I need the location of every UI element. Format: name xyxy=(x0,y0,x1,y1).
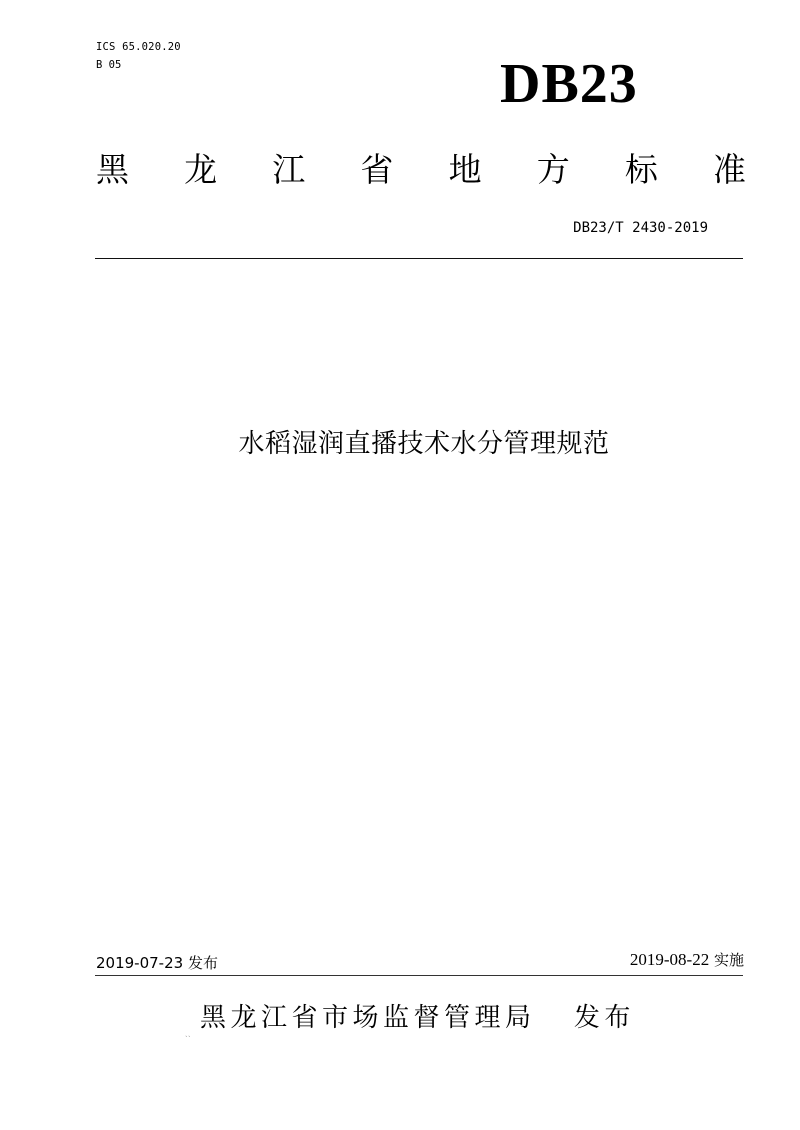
standard-type-char: 方 xyxy=(537,150,570,190)
top-divider xyxy=(95,258,743,259)
standard-type-char: 省 xyxy=(360,150,393,190)
standard-type-char: 标 xyxy=(625,150,658,190)
db-logo: DB23 xyxy=(500,52,700,116)
implementation-date-value: 2019-08-22 xyxy=(630,950,709,969)
document-title: 水稻湿润直播技术水分管理规范 xyxy=(0,424,800,464)
standard-type-char: 地 xyxy=(449,150,482,190)
scan-mark: `` xyxy=(185,1036,191,1043)
publisher-name: 黑龙江省市场监督管理局 xyxy=(200,1003,536,1033)
classification-code: B 05 xyxy=(96,58,121,72)
standard-type-char: 准 xyxy=(713,150,746,190)
publish-label: 发布 xyxy=(574,1003,635,1033)
standard-type-heading: 黑 龙 江 省 地 方 标 准 xyxy=(96,150,746,190)
standard-number: DB23/T 2430-2019 xyxy=(500,218,708,238)
standard-type-char: 黑 xyxy=(96,150,129,190)
issue-date-value: 2019-07-23 xyxy=(96,954,183,972)
issue-date: 2019-07-23 发布 xyxy=(96,953,218,973)
ics-code: ICS 65.020.20 xyxy=(96,40,181,54)
standard-type-char: 江 xyxy=(272,150,305,190)
issue-date-label: 发布 xyxy=(188,954,218,972)
publisher-line: 黑龙江省市场监督管理局 发布 xyxy=(200,1000,635,1036)
implementation-date: 2019-08-22 实施 xyxy=(630,950,744,970)
bottom-divider xyxy=(95,975,743,976)
implementation-date-label: 实施 xyxy=(714,951,744,969)
standard-type-char: 龙 xyxy=(184,150,217,190)
